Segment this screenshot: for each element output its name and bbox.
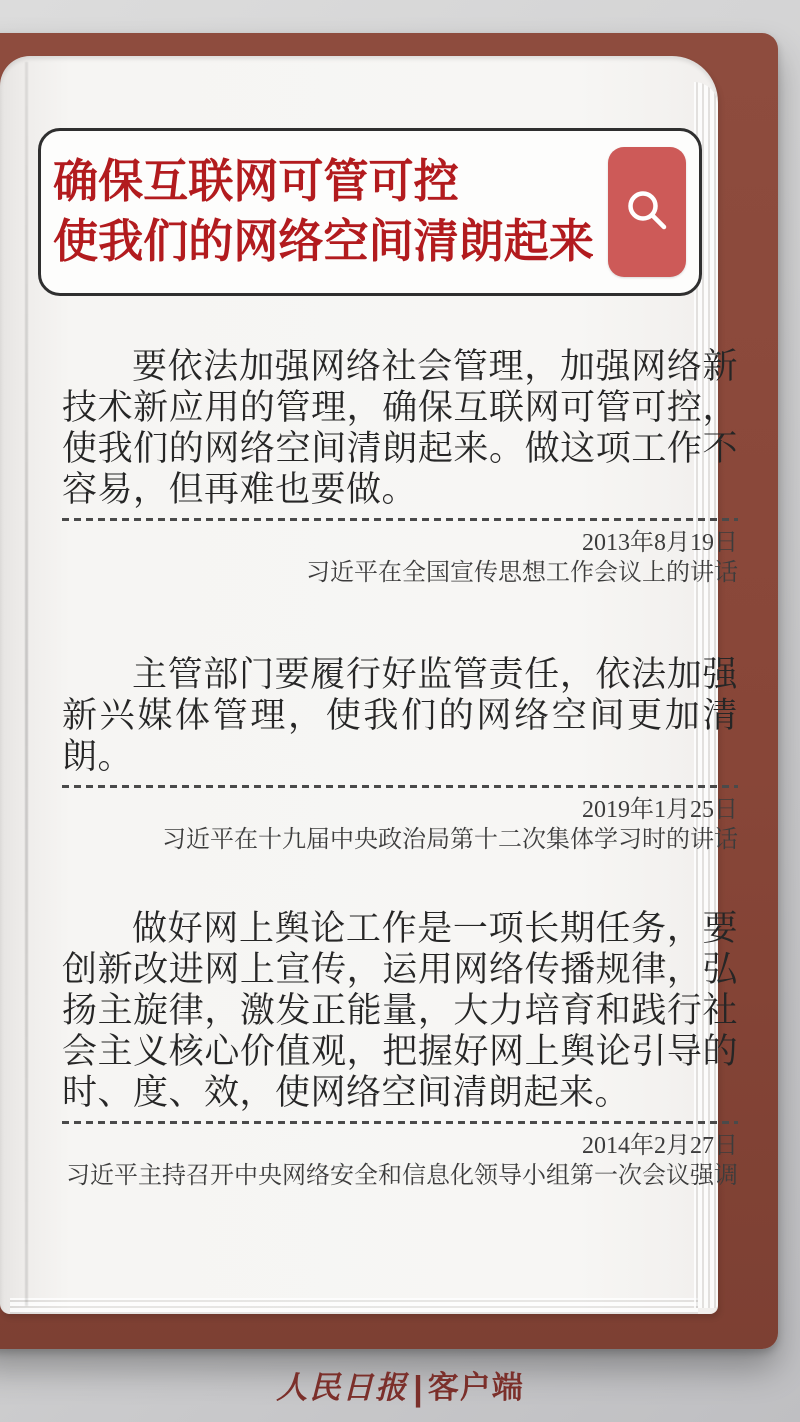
quote-date: 2013年8月19日	[62, 528, 738, 558]
quote-date: 2019年1月25日	[62, 795, 738, 825]
page-fold-line	[25, 62, 28, 1306]
quote-source: 习近平主持召开中央网络安全和信息化领导小组第一次会议强调	[62, 1161, 738, 1191]
poster-stage: 确保互联网可管可控 使我们的网络空间清朗起来 要依法加强网络社会管理，加强网络新…	[0, 0, 800, 1422]
quote-source: 习近平在全国宣传思想工作会议上的讲话	[62, 558, 738, 588]
page-title: 确保互联网可管可控 使我们的网络空间清朗起来	[53, 152, 594, 272]
title-box: 确保互联网可管可控 使我们的网络空间清朗起来	[38, 128, 702, 296]
quote-text: 做好网上舆论工作是一项长期任务，要创新改进网上宣传，运用网络传播规律，弘扬主旋律…	[62, 908, 738, 1113]
quote-section-1: 要依法加强网络社会管理，加强网络新技术新应用的管理，确保互联网可管可控，使我们的…	[62, 346, 738, 588]
brand-divider: |	[413, 1370, 423, 1409]
dashed-separator	[62, 518, 738, 521]
dashed-separator	[62, 1121, 738, 1124]
search-button[interactable]	[608, 147, 686, 277]
brand-suffix-text: 客户端	[428, 1370, 524, 1405]
quote-text: 主管部门要履行好监管责任，依法加强新兴媒体管理，使我们的网络空间更加清朗。	[62, 654, 738, 777]
quote-section-3: 做好网上舆论工作是一项长期任务，要创新改进网上宣传，运用网络传播规律，弘扬主旋律…	[62, 908, 738, 1191]
quote-source: 习近平在十九届中央政治局第十二次集体学习时的讲话	[62, 825, 738, 855]
brand-logo: 人民日报|客户端	[0, 1362, 800, 1409]
search-icon	[624, 187, 670, 238]
title-line-2: 使我们的网络空间清朗起来	[53, 212, 594, 272]
dashed-separator	[62, 785, 738, 788]
brand-script-text: 人民日报	[276, 1370, 408, 1406]
quote-section-2: 主管部门要履行好监管责任，依法加强新兴媒体管理，使我们的网络空间更加清朗。 20…	[62, 654, 738, 855]
quote-date: 2014年2月27日	[62, 1131, 738, 1161]
title-line-1: 确保互联网可管可控	[53, 152, 594, 212]
quote-text: 要依法加强网络社会管理，加强网络新技术新应用的管理，确保互联网可管可控，使我们的…	[62, 346, 738, 510]
